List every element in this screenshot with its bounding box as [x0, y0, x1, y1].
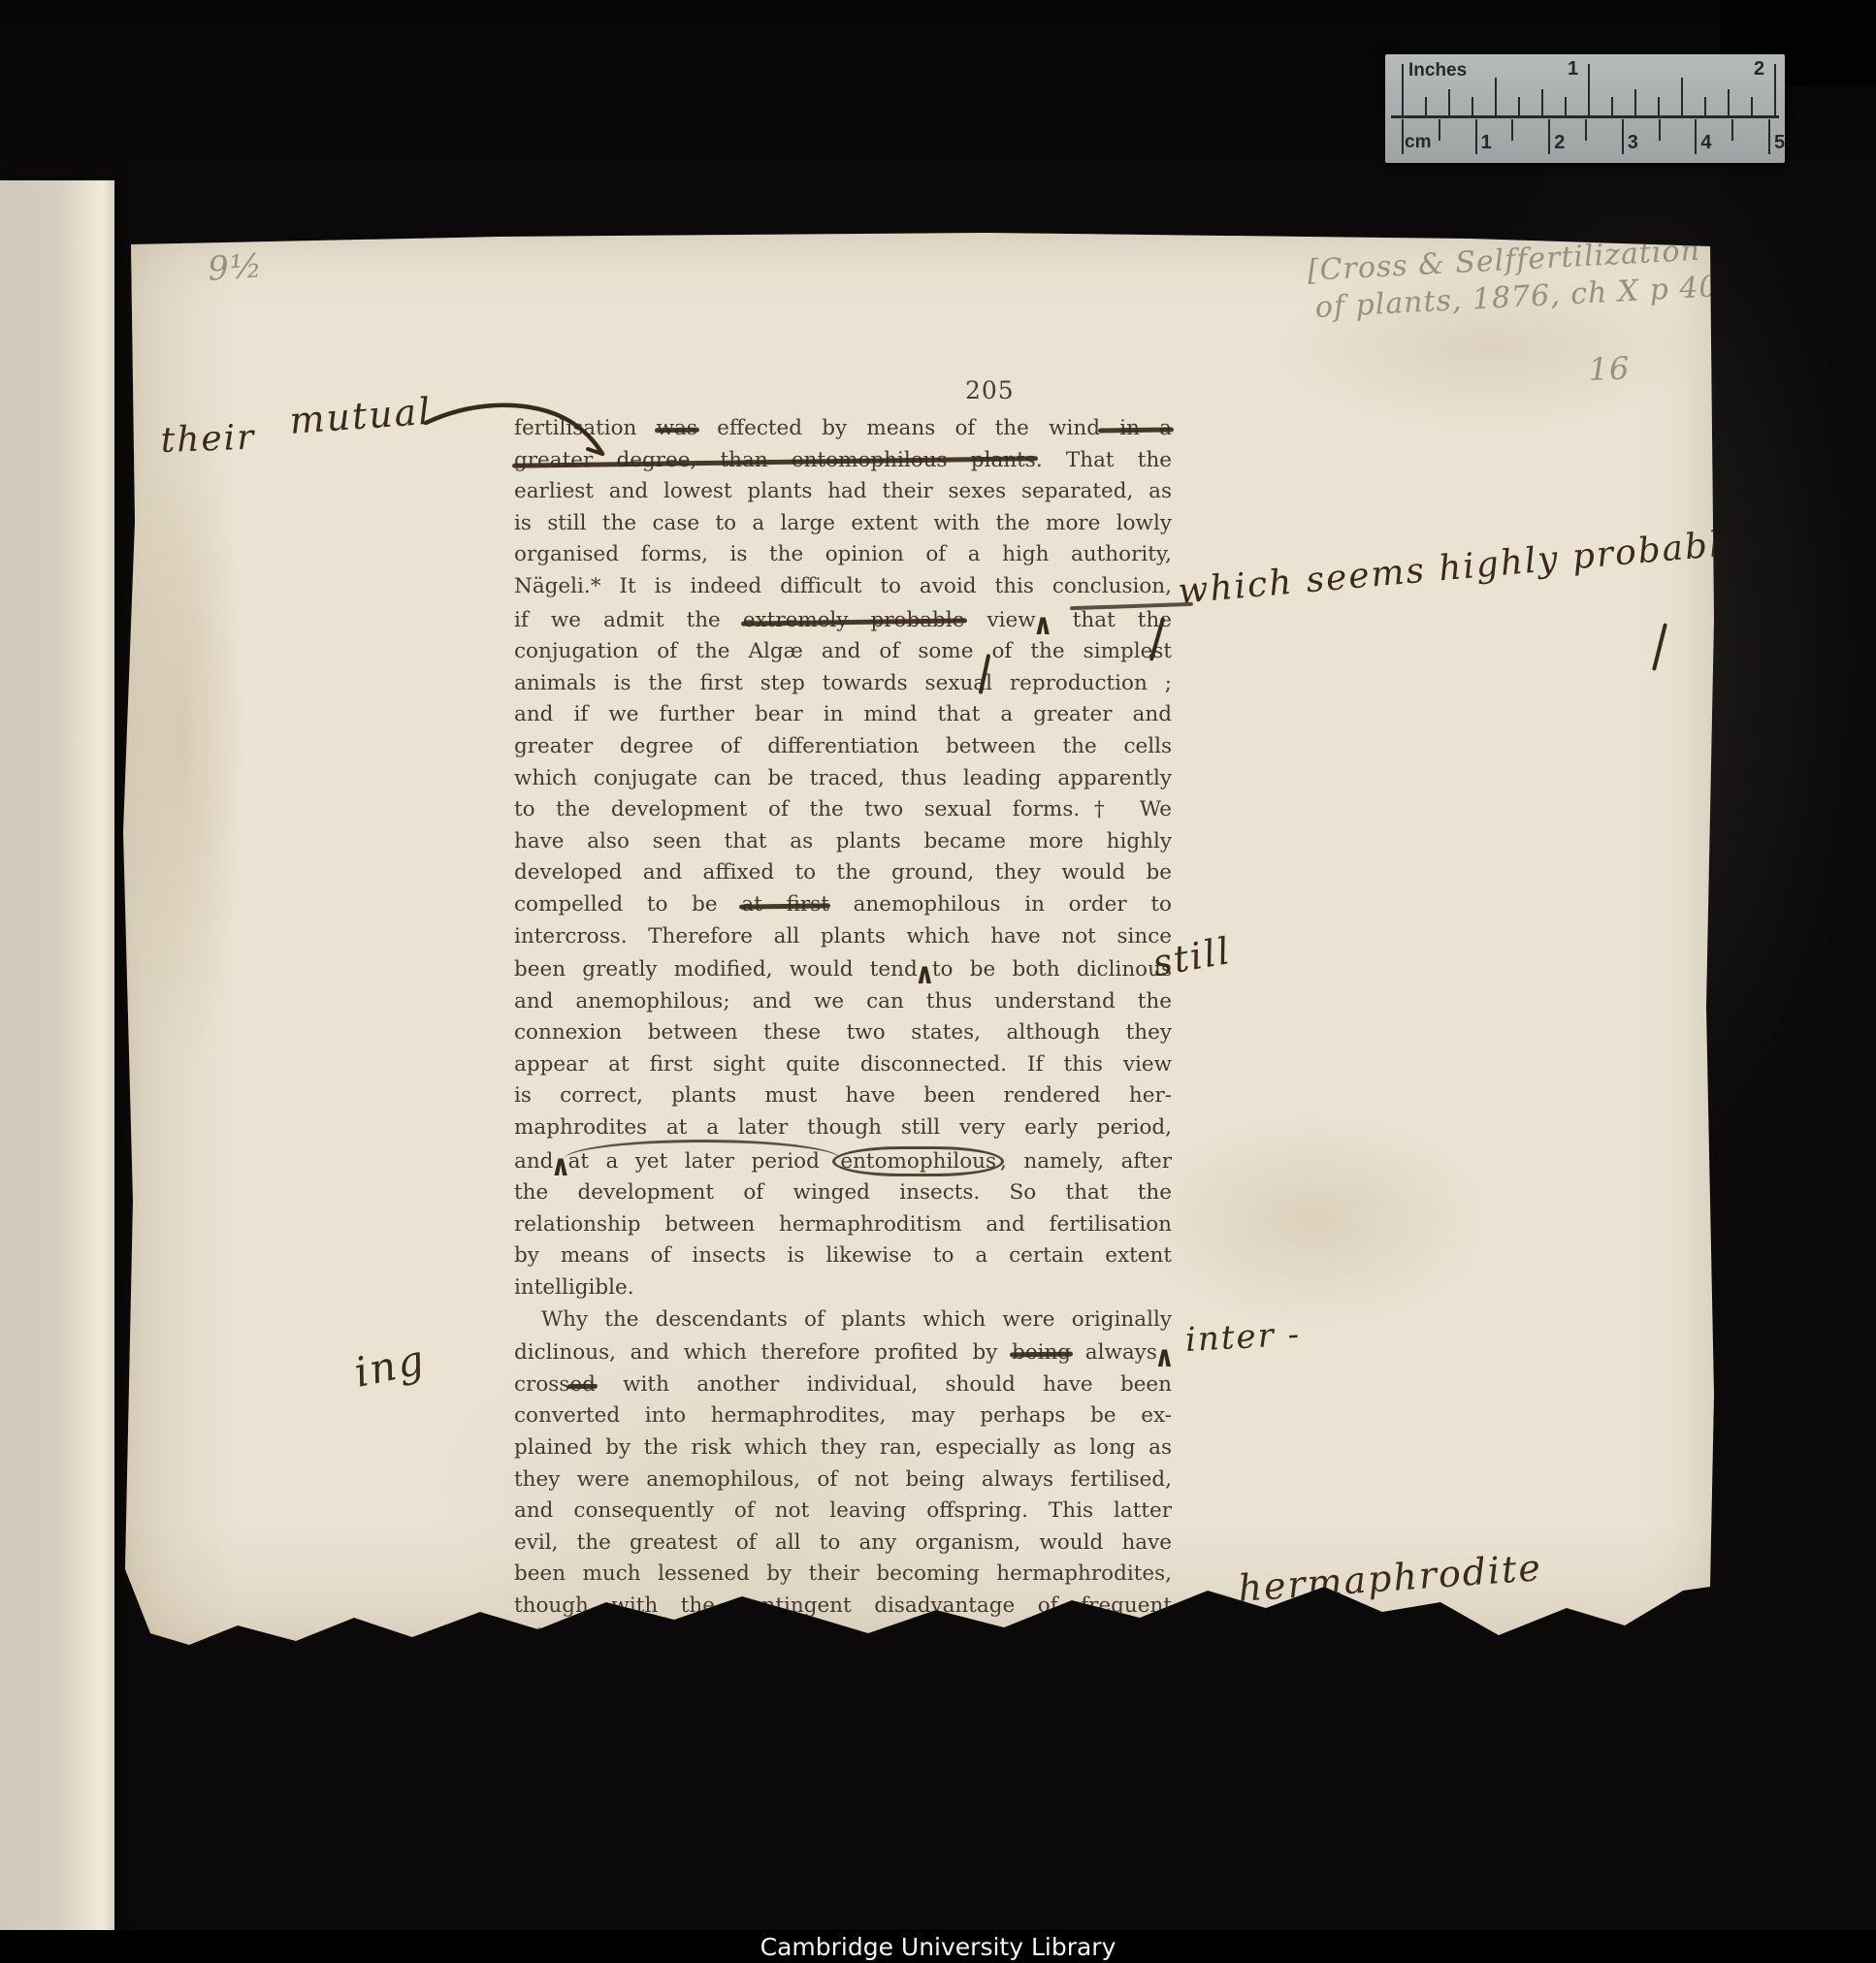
print-line: by means of insects is likewise to a cer… — [514, 1240, 1172, 1272]
print-line: greater degree of differentiation betwee… — [514, 731, 1172, 763]
print-text: plained by the risk which they ran, espe… — [514, 1435, 1172, 1460]
ruler-cm-tick — [1768, 119, 1770, 154]
print-text: and — [514, 1149, 553, 1174]
ink-caret-mark: ∧ — [1033, 607, 1053, 643]
print-text — [1051, 608, 1073, 632]
library-caption-bar: Cambridge University Library — [0, 1930, 1876, 1963]
print-text: earliest and lowest plants had their sex… — [514, 479, 1172, 503]
print-text: compelled to be — [514, 892, 741, 917]
ink-struck-text: ed — [569, 1372, 596, 1397]
ruler-inch-tick — [1611, 97, 1613, 116]
print-text: if we admit the — [514, 608, 743, 632]
print-text: the development of winged insects. So th… — [514, 1180, 1172, 1205]
ink-struck-text: extremely probable — [743, 608, 965, 632]
handwritten-note-leaf: 16 — [1588, 350, 1631, 388]
ruler-cm-tick — [1585, 119, 1587, 141]
print-text: organised forms, is the opinion of a hig… — [514, 542, 1172, 566]
print-line: and∧at a yet later period entomophilous,… — [514, 1144, 1172, 1178]
ruler-inch-number: 1 — [1568, 58, 1578, 80]
handwritten-note-which-seems: which seems highly probable — [1177, 523, 1746, 612]
ruler-inch-tick — [1472, 97, 1473, 116]
ink-circled-text: entomophilous — [832, 1146, 1004, 1176]
ink-struck-text: in a — [1100, 416, 1172, 440]
ink-caret-mark: ∧ — [1154, 1340, 1175, 1376]
print-line: developed and affixed to the ground, the… — [514, 857, 1172, 889]
ruler-inch-number: 2 — [1754, 58, 1764, 80]
print-line: though with the contingent disadvantage … — [514, 1591, 1172, 1623]
ruler-cm-tick — [1439, 119, 1440, 141]
print-line: connexion between these two states, alth… — [514, 1017, 1172, 1049]
ruler-inch-tick — [1495, 78, 1497, 116]
handwritten-note-their: their — [160, 418, 256, 461]
print-line: have also seen that as plants became mor… — [514, 826, 1172, 858]
ruler-cm-number: 4 — [1700, 132, 1711, 154]
ruler-cm-number: 5 — [1774, 132, 1785, 154]
print-line: they were anemophilous, of not being alw… — [514, 1464, 1172, 1496]
print-text: effected by means of the wind — [697, 416, 1100, 440]
print-text: been greatly modified, would tend — [514, 957, 918, 981]
ruler-inch-tick — [1704, 97, 1706, 116]
print-line: conjugation of the Algæ and of some of t… — [514, 636, 1172, 668]
print-line: is correct, plants must have been render… — [514, 1080, 1172, 1112]
ink-struck-text: at first — [741, 892, 828, 917]
print-text: conjugation of the Algæ and of some of t… — [514, 639, 1172, 663]
ruler-inch-tick — [1681, 78, 1683, 116]
print-text: by means of insects is likewise to a cer… — [514, 1243, 1172, 1268]
handwritten-note-hermaphrodite: hermaphrodite — [1237, 1546, 1543, 1610]
print-text: and if we further bear in mind that a gr… — [514, 702, 1172, 726]
print-text: connexion between these two states, alth… — [514, 1020, 1172, 1045]
ruler-inch-tick — [1425, 97, 1427, 116]
print-text: to be both diclinous — [932, 957, 1172, 981]
ruler-inch-tick — [1565, 97, 1567, 116]
album-binding-edge — [0, 180, 114, 1934]
print-text: they were anemophilous, of not being alw… — [514, 1467, 1172, 1492]
handwritten-note-mutual: mutual — [288, 390, 434, 442]
print-line: earliest and lowest plants had their sex… — [514, 476, 1172, 508]
print-line: been greatly modified, would tend∧to be … — [514, 952, 1172, 986]
print-text: evil, the greatest of all to any organis… — [514, 1530, 1172, 1555]
ruler-inch-tick — [1774, 64, 1776, 116]
ruler-inch-tick — [1658, 97, 1660, 116]
ink-overlined-text: at a yet later period — [568, 1149, 837, 1174]
print-text: . That the — [1036, 448, 1172, 472]
print-line: crossed with another individual, should … — [514, 1369, 1172, 1401]
ink-struck-text: was — [657, 416, 697, 440]
ruler-inch-tick — [1448, 89, 1450, 116]
print-line: relationship between hermaphroditism and… — [514, 1209, 1172, 1241]
print-text: and consequently of not leaving offsprin… — [514, 1498, 1172, 1523]
print-text: intelligible. — [514, 1275, 634, 1300]
print-line: been much lessened by their becoming her… — [514, 1559, 1172, 1591]
ruler-inch-tick — [1751, 97, 1753, 116]
print-line: evil, the greatest of all to any organis… — [514, 1528, 1172, 1560]
ruler-cm-label: cm — [1405, 132, 1431, 153]
print-text: converted into hermaphrodites, may perha… — [514, 1403, 1172, 1428]
ink-struck-text: being — [1012, 1340, 1071, 1365]
print-line: self-fertili — [514, 1623, 1172, 1655]
ruler-cm-number: 1 — [1481, 132, 1492, 154]
print-line: which conjugate can be traced, thus lead… — [514, 763, 1172, 795]
print-line: diclinous, and which therefore profited … — [514, 1335, 1172, 1369]
print-line: converted into hermaphrodites, may perha… — [514, 1400, 1172, 1432]
print-line: Why the descendants of plants which were… — [514, 1304, 1172, 1336]
print-text: which conjugate can be traced, thus lead… — [514, 766, 1172, 790]
ruler-cm-tick — [1731, 119, 1733, 141]
print-line: the development of winged insects. So th… — [514, 1177, 1172, 1209]
print-line: intelligible. — [514, 1272, 1172, 1304]
print-text: greater degree of differentiation betwee… — [514, 734, 1172, 758]
print-text: cross — [514, 1372, 569, 1397]
print-text: have also seen that as plants became mor… — [514, 829, 1172, 853]
print-text: anemophilous in order to — [829, 892, 1172, 917]
ruler-cm-tick — [1659, 119, 1661, 141]
ruler-inch-tick — [1588, 64, 1590, 116]
ruler-inch-tick — [1541, 89, 1543, 116]
print-text: self-fertili — [514, 1625, 616, 1650]
print-line: plained by the risk which they ran, espe… — [514, 1432, 1172, 1464]
handwritten-note-ing: ing — [350, 1335, 430, 1397]
print-text: developed and affixed to the ground, the… — [514, 860, 1172, 885]
ruler-cm-tick — [1695, 119, 1697, 154]
insertion-slash-mark — [1652, 623, 1667, 670]
print-line: animals is the first step towards sexual… — [514, 668, 1172, 700]
ruler-cm-number: 3 — [1628, 132, 1638, 154]
print-text: to the development of the two sexual for… — [514, 797, 1172, 821]
print-text: is correct, plants must have been render… — [514, 1083, 1172, 1108]
ruler-inch-tick — [1402, 64, 1404, 116]
print-line: appear at first sight quite disconnected… — [514, 1049, 1172, 1081]
print-text: , namely, after — [1000, 1149, 1172, 1174]
print-text: relationship between hermaphroditism and… — [514, 1212, 1172, 1237]
print-text: Why the descendants of plants which were… — [541, 1307, 1172, 1332]
print-line: intercross. Therefore all plants which h… — [514, 921, 1172, 953]
print-line: maphrodites at a later though still very… — [514, 1112, 1172, 1144]
ink-caret-mark: ∧ — [915, 957, 935, 993]
print-line: is still the case to a large extent with… — [514, 508, 1172, 540]
print-line: to the development of the two sexual for… — [514, 794, 1172, 826]
print-text: intercross. Therefore all plants which h… — [514, 924, 1172, 949]
print-line: and if we further bear in mind that a gr… — [514, 699, 1172, 731]
print-text: with another individual, should have bee… — [596, 1372, 1172, 1397]
ruler-cm-tick — [1475, 119, 1477, 154]
print-line: Nägeli.* It is indeed difficult to avoid… — [514, 571, 1172, 603]
print-text: is still the case to a large extent with… — [514, 511, 1172, 535]
insertion-arrow — [422, 394, 616, 462]
text-column: fertilisation was effected by means of t… — [514, 413, 1172, 1654]
ruler-cm-tick — [1402, 119, 1404, 154]
print-text: and anemophilous; and we can thus unders… — [514, 989, 1172, 1014]
print-line: and anemophilous; and we can thus unders… — [514, 986, 1172, 1018]
ruler: Inches cm 1212345 — [1385, 54, 1785, 163]
print-text: animals is the first step towards sexual… — [514, 671, 1172, 695]
print-text: though with the contingent disadvantage … — [514, 1593, 1172, 1618]
ruler-cm-tick — [1511, 119, 1513, 141]
handwritten-note-folio: 9½ — [207, 246, 264, 289]
ink-overlined-text: that the — [1073, 608, 1172, 632]
handwritten-note-inter: inter - — [1184, 1315, 1302, 1360]
ruler-inch-tick — [1518, 97, 1520, 116]
photographed-manuscript-scan: Inches cm 1212345 205 fertilisation was … — [0, 0, 1876, 1963]
print-text: maphrodites at a later though still very… — [514, 1115, 1172, 1140]
page-number: 205 — [965, 376, 1015, 404]
ruler-inch-tick — [1634, 89, 1636, 116]
print-line: if we admit the extremely probable view∧… — [514, 603, 1172, 637]
print-text: view — [964, 608, 1035, 632]
ruler-inch-tick — [1728, 89, 1730, 116]
print-text: diclinous, and which therefore profited … — [514, 1340, 1012, 1365]
print-line: compelled to be at first anemophilous in… — [514, 889, 1172, 921]
print-text: appear at first sight quite disconnected… — [514, 1052, 1172, 1077]
print-line: and consequently of not leaving offsprin… — [514, 1496, 1172, 1528]
ruler-cm-tick — [1622, 119, 1624, 154]
print-text: always — [1071, 1340, 1157, 1365]
ruler-inches-label: Inches — [1408, 60, 1467, 81]
ruler-cm-tick — [1548, 119, 1550, 154]
ruler-cm-number: 2 — [1554, 132, 1565, 154]
print-text: Nägeli.* It is indeed difficult to avoid… — [514, 574, 1172, 598]
library-caption: Cambridge University Library — [760, 1933, 1116, 1961]
print-line: organised forms, is the opinion of a hig… — [514, 539, 1172, 571]
print-text: been much lessened by their becoming her… — [514, 1561, 1172, 1586]
manuscript-page: 205 fertilisation was effected by means … — [112, 231, 1717, 1664]
